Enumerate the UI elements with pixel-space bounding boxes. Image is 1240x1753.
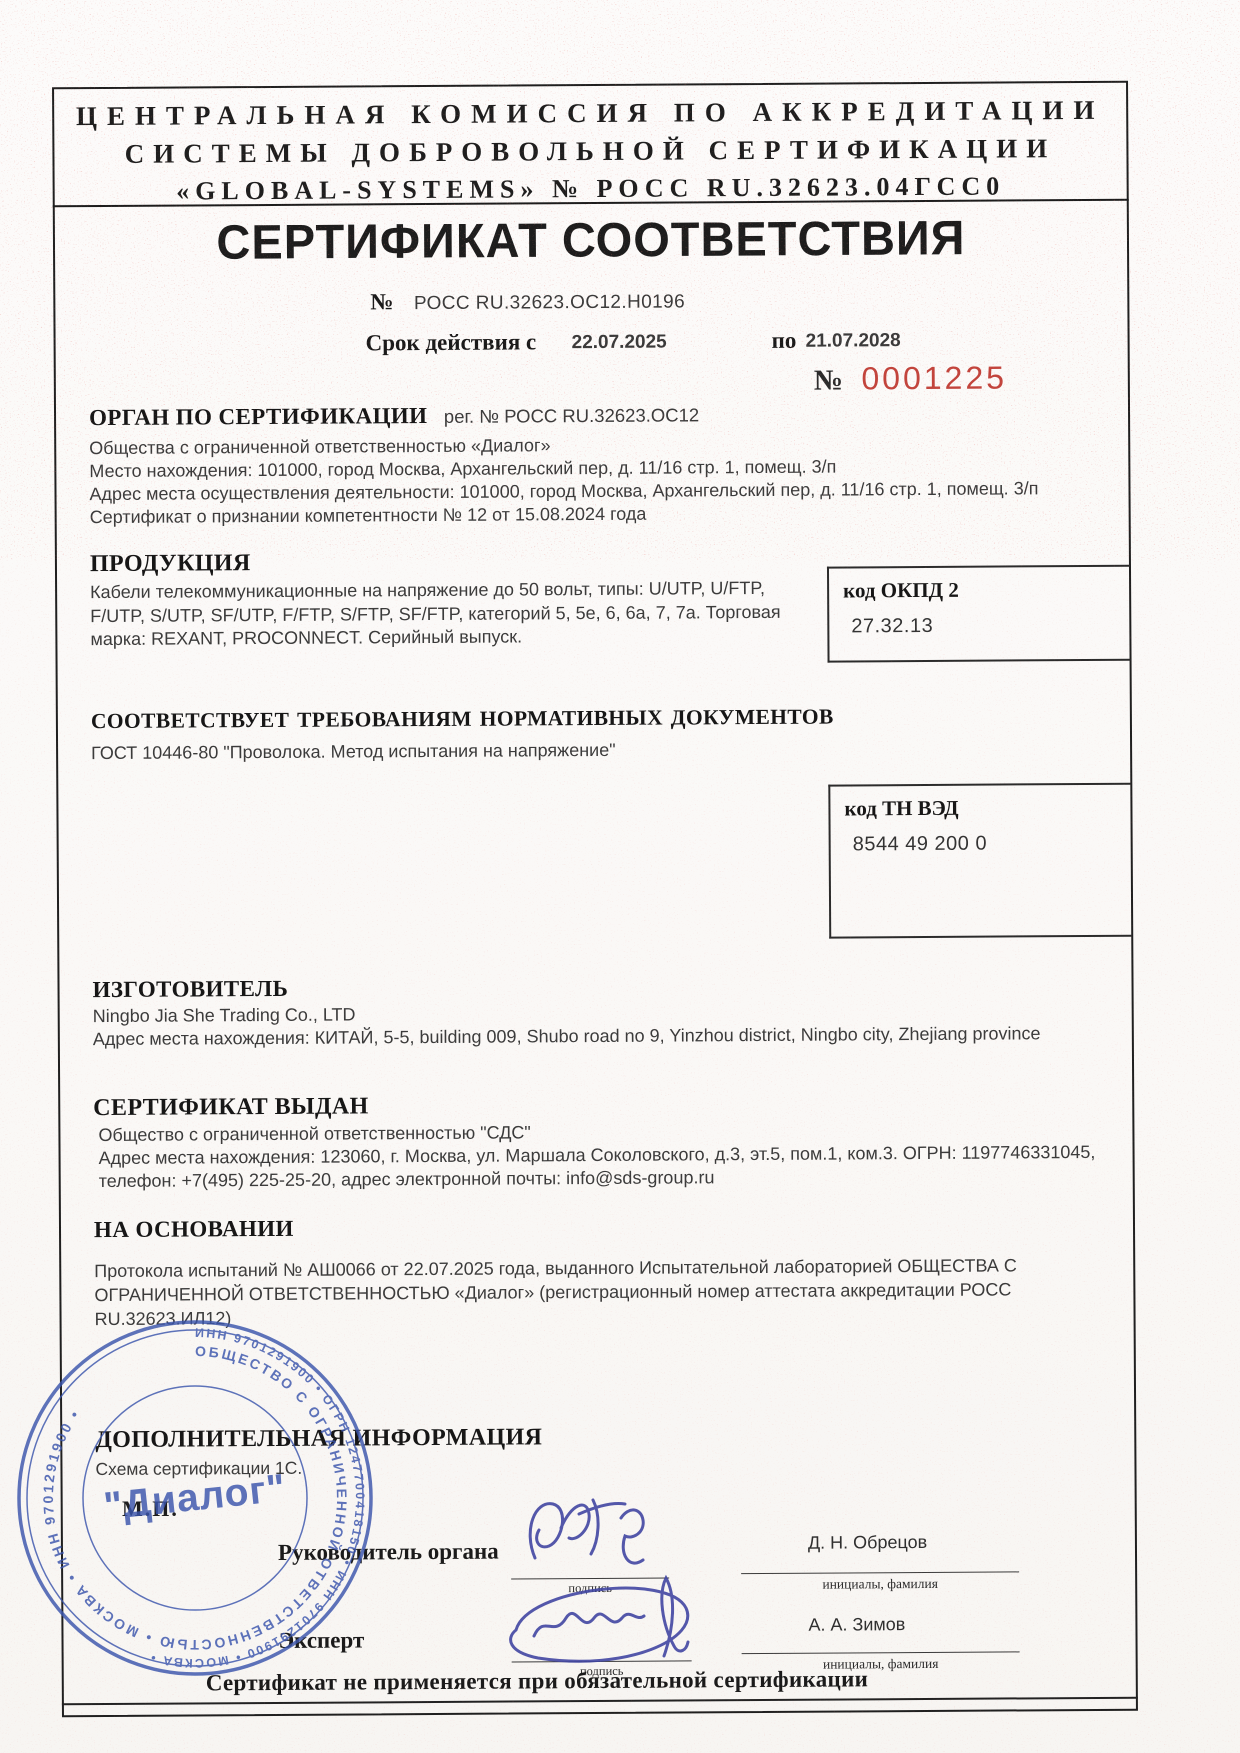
certificate-number: № РОСС RU.32623.ОС12.Н0196 [370, 287, 685, 315]
certification-body-reg: рег. № РОСС RU.32623.ОС12 [444, 404, 699, 427]
signature-stroke [530, 1500, 643, 1563]
basis-heading: НА ОСНОВАНИИ [94, 1216, 294, 1243]
validity-to-label: по [772, 328, 797, 354]
header-line-1: ЦЕНТРАЛЬНАЯ КОМИССИЯ ПО АККРЕДИТАЦИИ [54, 95, 1126, 133]
certificate-number-label: № [370, 289, 393, 314]
validity-to-date: 21.07.2028 [806, 330, 901, 353]
serial-value: 0001225 [861, 359, 1007, 396]
certification-body-heading: ОРГАН ПО СЕРТИФИКАЦИИ рег. № РОСС RU.326… [89, 401, 699, 431]
page-title: СЕРТИФИКАТ СООТВЕТСТВИЯ [55, 208, 1127, 271]
validity-from-label: Срок действия с [366, 329, 537, 356]
head-name: Д. Н. Обрецов [808, 1532, 927, 1554]
issued-to-name: Общество с ограниченной ответственностью… [98, 1122, 530, 1146]
serial-label: № [814, 364, 843, 396]
issued-to-contact: телефон: +7(495) 225-25-20, адрес электр… [99, 1165, 1114, 1192]
certification-body-title: ОРГАН ПО СЕРТИФИКАЦИИ [89, 403, 428, 430]
head-name-caption: инициалы, фамилия [741, 1575, 1019, 1593]
product-description: Кабели телекоммуникационные на напряжени… [90, 577, 822, 652]
expert-name-line [742, 1651, 1020, 1654]
signature-stroke [511, 1578, 688, 1661]
blank-serial-number: № 0001225 [814, 359, 1007, 397]
expert-signature-ink [478, 1558, 718, 1688]
tnved-label: код ТН ВЭД [844, 795, 1131, 822]
tnved-code-box: код ТН ВЭД 8544 49 200 0 [828, 783, 1132, 939]
okpd-code-box: код ОКПД 2 27.32.13 [827, 565, 1131, 663]
organization-stamp: ИНН 9701291900 • ОГРН 1247700418150 • ИН… [15, 1318, 375, 1678]
expert-name: А. А. Зимов [808, 1614, 905, 1636]
header-line-2: СИСТЕМЫ ДОБРОВОЛЬНОЙ СЕРТИФИКАЦИИ [54, 133, 1126, 171]
okpd-label: код ОКПД 2 [843, 577, 1130, 604]
normative-document: ГОСТ 10446-80 "Проволока. Метод испытани… [91, 739, 821, 764]
compliance-heading: СООТВЕТСТВУЕТ ТРЕБОВАНИЯМ НОРМАТИВНЫХ ДО… [91, 705, 834, 735]
okpd-value: 27.32.13 [851, 614, 1130, 639]
validity-period: Срок действия с 22.07.2025 по 21.07.2028 [56, 326, 1128, 363]
head-name-line [741, 1571, 1019, 1574]
org-line: Сертификат о признании компетентности № … [90, 500, 1100, 529]
manufacturer-address: Адрес места нахождения: КИТАЙ, 5-5, buil… [93, 1023, 1103, 1050]
validity-from-date: 22.07.2025 [572, 332, 667, 355]
manufacturer-heading: ИЗГОТОВИТЕЛЬ [92, 976, 288, 1003]
certification-body-details: Общества с ограниченной ответственностью… [89, 431, 1100, 529]
manufacturer-name: Ningbo Jia She Trading Co., LTD [93, 1004, 356, 1027]
certificate-page: ЦЕНТРАЛЬНАЯ КОМИССИЯ ПО АККРЕДИТАЦИИ СИС… [0, 0, 1240, 1753]
accreditation-header: ЦЕНТРАЛЬНАЯ КОМИССИЯ ПО АККРЕДИТАЦИИ СИС… [54, 89, 1127, 208]
tnved-value: 8544 49 200 0 [853, 832, 1132, 857]
certificate-number-value: РОСС RU.32623.ОС12.Н0196 [414, 291, 685, 314]
product-heading: ПРОДУКЦИЯ [90, 550, 251, 578]
issued-to-heading: СЕРТИФИКАТ ВЫДАН [93, 1093, 369, 1122]
